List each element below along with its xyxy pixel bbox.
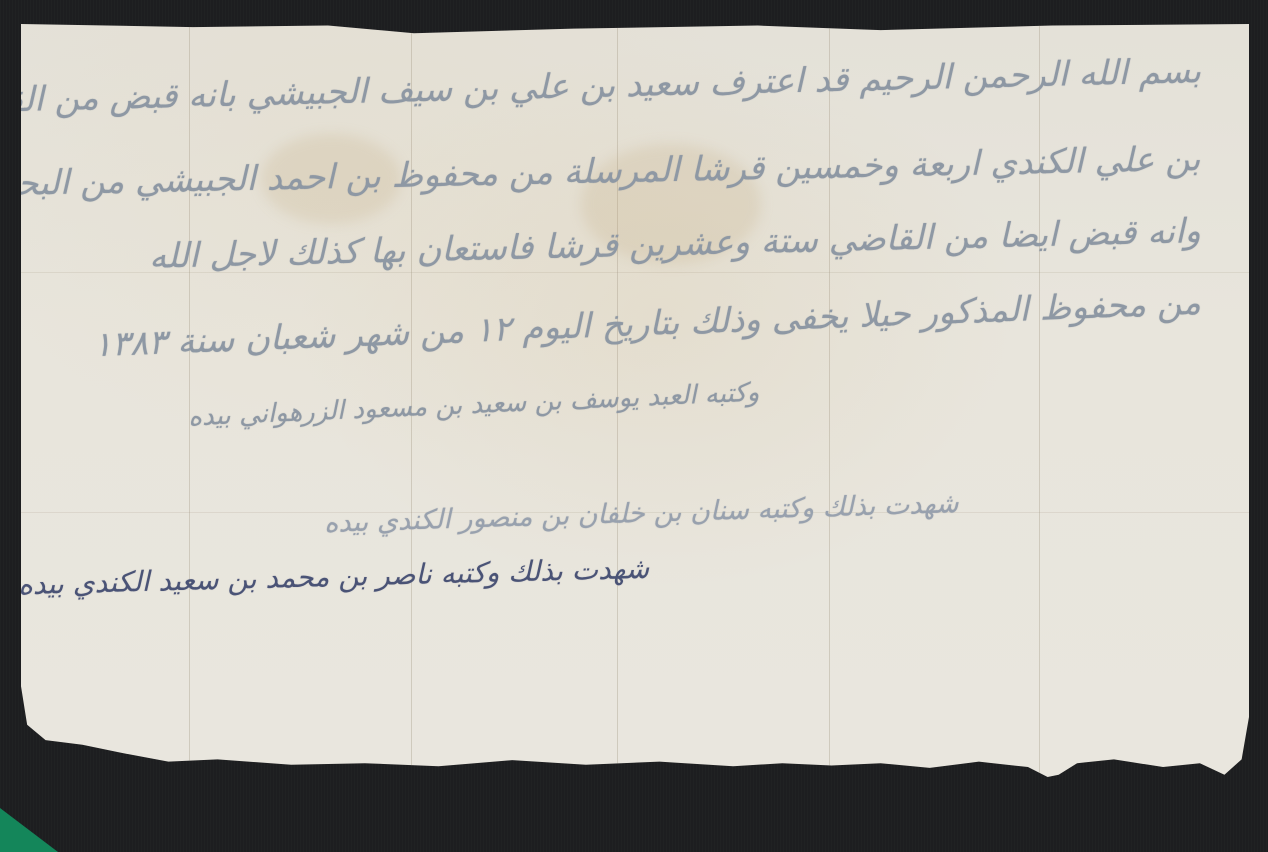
witness-1-signature: شهدت بذلك وكتبه سنان بن خلفان بن منصور ا… <box>324 488 959 539</box>
scan-background: بسم الله الرحمن الرحيم قد اعترف سعيد بن … <box>0 0 1268 852</box>
text-line-1: بسم الله الرحمن الرحيم قد اعترف سعيد بن … <box>0 51 1201 125</box>
fold-crease <box>829 24 830 794</box>
scribe-signature: وكتبه العبد يوسف بن سعيد بن مسعود الزرهو… <box>187 378 759 433</box>
paper-document: بسم الله الرحمن الرحيم قد اعترف سعيد بن … <box>21 24 1249 794</box>
fold-crease <box>1039 24 1040 794</box>
green-corner-accent <box>0 808 58 852</box>
text-line-4-date: من محفوظ المذكور حيلا يخفى وذلك بتاريخ ا… <box>92 283 1201 366</box>
witness-2-signature: شهدت بذلك وكتبه ناصر بن محمد بن سعيد الك… <box>17 552 649 602</box>
